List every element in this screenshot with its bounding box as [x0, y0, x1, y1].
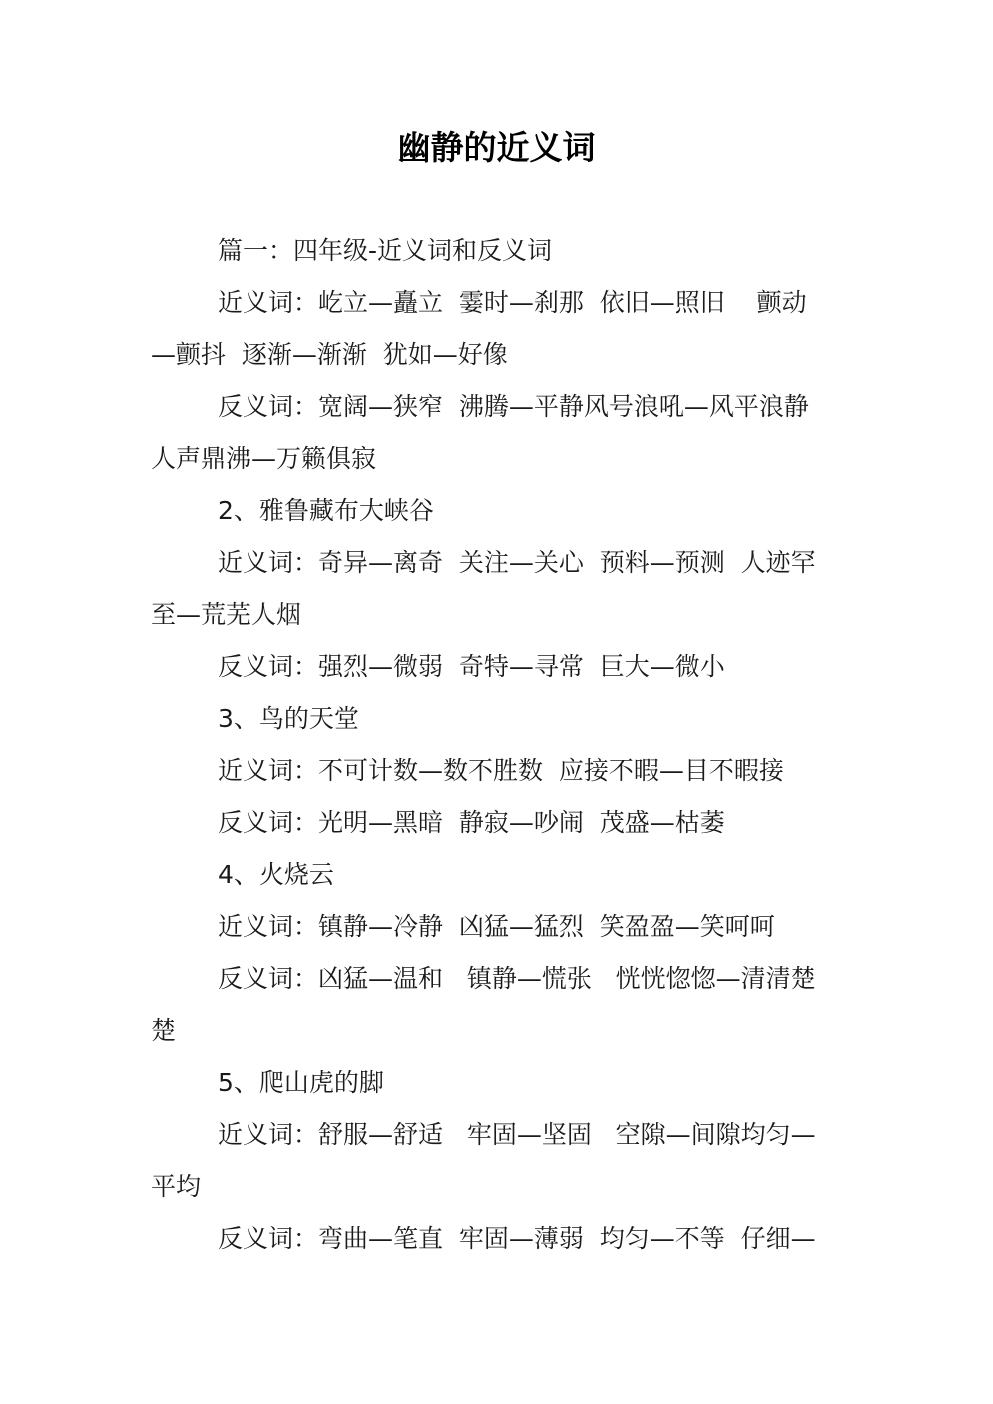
synonyms-line-continued: 至—荒芜人烟 [151, 598, 301, 632]
synonyms-line: 近义词：奇异—离奇 关注—关心 预料—预测 人迹罕 [218, 546, 816, 580]
synonyms-line: 近义词：镇静—冷静 凶猛—猛烈 笑盈盈—笑呵呵 [218, 910, 775, 944]
document-page: 幽静的近义词 篇一：四年级-近义词和反义词 近义词：屹立—矗立 霎时—刹那 依旧… [0, 0, 993, 1404]
antonyms-line-continued: 楚 [151, 1014, 176, 1048]
antonyms-line: 反义词：凶猛—温和 镇静—慌张 恍恍惚惚—清清楚 [218, 962, 816, 996]
antonyms-line-continued: 人声鼎沸—万籁俱寂 [151, 442, 376, 476]
antonyms-line: 反义词：宽阔—狭窄 沸腾—平静风号浪吼—风平浪静 [218, 390, 809, 424]
synonyms-line: 近义词：不可计数—数不胜数 应接不暇—目不暇接 [218, 754, 784, 788]
lesson-heading: 4、火烧云 [218, 858, 334, 892]
document-title: 幽静的近义词 [0, 126, 993, 170]
lesson-heading: 3、鸟的天堂 [218, 702, 359, 736]
antonyms-line: 反义词：弯曲—笔直 牢固—薄弱 均匀—不等 仔细— [218, 1222, 816, 1256]
synonyms-line: 近义词：舒服—舒适 牢固—坚固 空隙—间隙均匀— [218, 1118, 816, 1152]
antonyms-line: 反义词：光明—黑暗 静寂—吵闹 茂盛—枯萎 [218, 806, 725, 840]
synonyms-line-continued: —颤抖 逐渐—渐渐 犹如—好像 [151, 338, 508, 372]
synonyms-line: 近义词：屹立—矗立 霎时—刹那 依旧—照旧 颤动 [218, 286, 807, 320]
lesson-heading: 2、雅鲁藏布大峡谷 [218, 494, 434, 528]
section-heading: 篇一：四年级-近义词和反义词 [218, 234, 552, 268]
lesson-heading: 5、爬山虎的脚 [218, 1066, 384, 1100]
antonyms-line: 反义词：强烈—微弱 奇特—寻常 巨大—微小 [218, 650, 725, 684]
synonyms-line-continued: 平均 [151, 1170, 201, 1204]
